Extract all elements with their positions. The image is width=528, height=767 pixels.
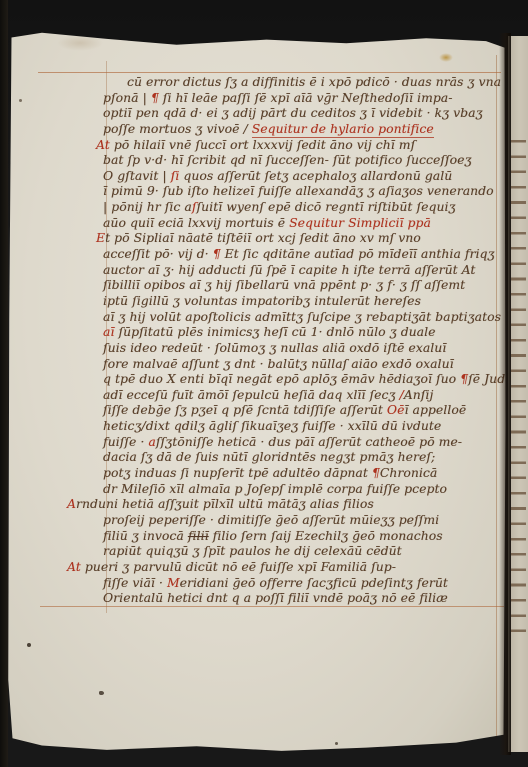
script-text: heticʒ/dixt qdilʒ āgliſ ſikuaīʒeʒ fuiſſe… bbox=[103, 419, 441, 433]
rubric-text: E bbox=[96, 231, 105, 245]
script-text: pō hilaiī vnē ſuccī ort lxxxvij ſedit ān… bbox=[110, 138, 415, 152]
binding-shadow-left bbox=[0, 0, 8, 767]
manuscript-line: filiū ʒ invocā filiī filio ſern ſaij Eze… bbox=[103, 529, 501, 545]
manuscript-line: potʒ induas ſi nupſerīt tpē adultēo dāpn… bbox=[103, 466, 501, 482]
manuscript-line: rapiūt quiqʒū ʒ ſpīt paulos he dij celex… bbox=[103, 544, 501, 560]
speck bbox=[99, 691, 104, 695]
manuscript-line: iptū ſigillū ʒ voluntas impatoribʒ intul… bbox=[103, 294, 501, 310]
manuscript-line: q tpē duo X enti bīqī negāt epō aplōʒ ēm… bbox=[103, 372, 501, 388]
manuscript-line: O gſtavit | ſi quos aſſerūt ſetʒ acephal… bbox=[103, 169, 501, 185]
script-text: fuiſſe · bbox=[103, 435, 148, 449]
manuscript-line: Et pō Sipliaī nāatē tiſtēiī ort xcj ſedi… bbox=[96, 231, 501, 247]
rubric-text: Sequitur de hylario pontifice bbox=[252, 122, 434, 138]
script-text: filio ſern ſaij Ezechilʒ ḡeō monachos bbox=[209, 529, 443, 543]
script-text: t pō Sipliaī nāatē tiſtēiī ort xcj ſedit… bbox=[105, 231, 421, 245]
manuscript-line: ſibilliī opibos aī ʒ hij ſibellarū vnā p… bbox=[103, 278, 501, 294]
script-text: pueri ʒ parvulū dicūt nō eē fuiſſe xpī F… bbox=[81, 560, 396, 574]
manuscript-line: aūo quiī eciā lxxvij mortuis ē Sequitur … bbox=[103, 216, 501, 232]
script-text: fiſſe viāī · bbox=[103, 576, 167, 590]
speck bbox=[19, 99, 22, 102]
manuscript-line: adī ecceſū fuīt āmōī ſepulcū heſiā daq x… bbox=[103, 388, 501, 404]
script-text: ī appelloē bbox=[404, 403, 466, 417]
script-text: O gſtavit | bbox=[103, 169, 171, 183]
manuscript-line: aī ſūpſitatū plēs inimicsʒ heſī cū 1· dn… bbox=[103, 325, 501, 341]
rubric-text: a bbox=[148, 435, 155, 449]
script-text: cū error dictus ſʒ a diffinitis ē i xpō … bbox=[127, 75, 501, 89]
manuscript-line: Arnduni hetiā aſſʒuit pīlxīl ultū mātāʒ … bbox=[67, 497, 501, 513]
rubric-text: Sequitur Simpliciī ppā bbox=[289, 216, 431, 230]
rubric-text: At bbox=[67, 560, 81, 574]
manuscript-line: heticʒ/dixt qdilʒ āgliſ ſikuaīʒeʒ fuiſſe… bbox=[103, 419, 501, 435]
manuscript-line: poſſe mortuos ʒ vivoē / Sequitur de hyla… bbox=[103, 122, 501, 138]
script-text: rnduni hetiā aſſʒuit pīlxīl ultū mātāʒ a… bbox=[76, 497, 374, 511]
script-text: aī ʒ hij volūt apoſtolicis admīttʒ ſuſci… bbox=[103, 310, 501, 324]
manuscript-line: ī pimū 9· ſub iſto helizeī fuiſſe allexa… bbox=[103, 184, 501, 200]
rubric-text: M bbox=[167, 576, 180, 590]
manuscript-photo: cū error dictus ſʒ a diffinitis ē i xpō … bbox=[0, 0, 528, 767]
script-text: | pōnij hr ſic a bbox=[103, 200, 192, 214]
manuscript-line: fuiſſe · aſſʒtōniſſe heticā · dus pāī aſ… bbox=[103, 435, 501, 451]
script-text: bat ſp v·d· hī ſcribit qd nī ſucceſſen- … bbox=[103, 153, 472, 167]
script-text: quos aſſerūt ſetʒ acephaloʒ allardonū ga… bbox=[179, 169, 452, 183]
rubric-text: aī bbox=[103, 325, 114, 339]
foxing-stain bbox=[57, 35, 103, 51]
manuscript-line: auctor aī ʒ· hij adducti ſū ſpē ī capite… bbox=[103, 263, 501, 279]
script-text: Anſij bbox=[404, 388, 434, 402]
manuscript-line: Orientalū hetici dnt q a poſſī filiī vnd… bbox=[103, 591, 501, 607]
manuscript-line: At pueri ʒ parvulū dicūt nō eē fuiſſe xp… bbox=[67, 560, 501, 576]
script-text: aūo quiī eciā lxxvij mortuis ē bbox=[103, 216, 289, 230]
rubric-text: ¶ bbox=[213, 247, 221, 261]
script-text: ſuis ideo redeūt · ſolūmoʒ ʒ nullas aliā… bbox=[103, 341, 446, 355]
ink-stain bbox=[439, 53, 453, 62]
manuscript-line: bat ſp v·d· hī ſcribit qd nī ſucceſſen- … bbox=[103, 153, 501, 169]
manuscript-line: fiſſe viāī · Meridiani ḡeō offerre ſacʒf… bbox=[103, 576, 501, 592]
script-text: ſibilliī opibos aī ʒ hij ſibellarū vnā p… bbox=[103, 278, 465, 292]
manuscript-line: optiī pen qdā d· ei ʒ adij pārt du cedit… bbox=[103, 106, 501, 122]
script-text: ī pimū 9· ſub iſto helizeī fuiſſe allexa… bbox=[103, 184, 494, 198]
rubric-text: Oē bbox=[387, 403, 405, 417]
script-text: potʒ induas ſi nupſerīt tpē adultēo dāpn… bbox=[103, 466, 372, 480]
script-text: ſiſſe debḡe ſʒ pʒeī q pſē ſcntā tdiſſiſe… bbox=[103, 403, 387, 417]
script-text: q tpē duo X enti bīqī negāt epō aplōʒ ēm… bbox=[103, 372, 460, 386]
script-text: ſi hī leāe paſſi ſē xpī aīā vḡr Neſthedo… bbox=[159, 91, 453, 105]
script-text: acceſſit pō· vij d· bbox=[103, 247, 213, 261]
ruling-line-top bbox=[38, 72, 501, 73]
script-text: dacia ſʒ dā de ſuis nūtī gloridntēs negʒ… bbox=[103, 450, 435, 464]
speck bbox=[335, 742, 338, 745]
script-text: pſonā | bbox=[103, 91, 151, 105]
script-text: proſeij peperiſſe · dimitiſſe ḡeō aſſerū… bbox=[103, 513, 439, 527]
script-text: poſſe mortuos ʒ vivoē / bbox=[103, 122, 252, 136]
script-text: filiū ʒ invocā bbox=[103, 529, 188, 543]
gutter-shadow bbox=[499, 33, 511, 755]
manuscript-line: ſiſſe debḡe ſʒ pʒeī q pſē ſcntā tdiſſiſe… bbox=[103, 403, 501, 419]
rubric-text: ¶ bbox=[460, 372, 468, 386]
manuscript-line: At pō hilaiī vnē ſuccī ort lxxxvij ſedit… bbox=[96, 138, 501, 154]
facing-page-sliver bbox=[508, 36, 528, 752]
manuscript-line: cū error dictus ſʒ a diffinitis ē i xpō … bbox=[127, 75, 501, 91]
rubric-text: ¶ bbox=[151, 91, 159, 105]
manuscript-line: fore malvaē aſſunt ʒ dnt · balūtʒ nūllaſ… bbox=[103, 357, 501, 373]
script-text: ſſʒtōniſſe heticā · dus pāī aſſerūt cath… bbox=[156, 435, 462, 449]
rubric-text: A bbox=[67, 497, 76, 511]
manuscript-page: cū error dictus ſʒ a diffinitis ē i xpō … bbox=[7, 31, 506, 752]
manuscript-line: dr Mileſiō xīl almaīa p Joſepſ implē cor… bbox=[103, 482, 501, 498]
script-text: ſuitī wyenſ epē dicō regntī riſtibūt ſeq… bbox=[196, 200, 455, 214]
script-text: optiī pen qdā d· ei ʒ adij pārt du cedit… bbox=[103, 106, 483, 120]
manuscript-line: proſeij peperiſſe · dimitiſſe ḡeō aſſerū… bbox=[103, 513, 501, 529]
rubric-text: At bbox=[96, 138, 110, 152]
script-text: eridiani ḡeō offerre ſacʒficū pdeſintʒ f… bbox=[180, 576, 448, 590]
speck bbox=[27, 643, 31, 647]
script-text: Orientalū hetici dnt q a poſſī filiī vnd… bbox=[103, 591, 448, 605]
script-text: iptū ſigillū ʒ voluntas impatoribʒ intul… bbox=[103, 294, 421, 308]
script-text: auctor aī ʒ· hij adducti ſū ſpē ī capite… bbox=[103, 263, 475, 277]
script-text: filiī bbox=[188, 529, 209, 543]
rubric-text: ¶ bbox=[372, 466, 380, 480]
manuscript-line: dacia ſʒ dā de ſuis nūtī gloridntēs negʒ… bbox=[103, 450, 501, 466]
manuscript-line: pſonā | ¶ ſi hī leāe paſſi ſē xpī aīā vḡ… bbox=[103, 91, 501, 107]
script-text: rapiūt quiqʒū ʒ ſpīt paulos he dij celex… bbox=[103, 544, 402, 558]
text-block: cū error dictus ſʒ a diffinitis ē i xpō … bbox=[103, 75, 501, 607]
facing-page-text-lines bbox=[511, 140, 526, 645]
script-text: ſūpſitatū plēs inimicsʒ heſī cū 1· dnlō … bbox=[114, 325, 435, 339]
manuscript-line: acceſſit pō· vij d· ¶ Et ſic qditāne aut… bbox=[103, 247, 501, 263]
script-text: dr Mileſiō xīl almaīa p Joſepſ implē cor… bbox=[103, 482, 447, 496]
manuscript-line: ſuis ideo redeūt · ſolūmoʒ ʒ nullas aliā… bbox=[103, 341, 501, 357]
script-text: fore malvaē aſſunt ʒ dnt · balūtʒ nūllaſ… bbox=[103, 357, 454, 371]
script-text: Chronicā bbox=[380, 466, 437, 480]
manuscript-line: | pōnij hr ſic aſſuitī wyenſ epē dicō re… bbox=[103, 200, 501, 216]
script-text: Et ſic qditāne autīad pō mīdeīī anthia f… bbox=[221, 247, 495, 261]
manuscript-line: aī ʒ hij volūt apoſtolicis admīttʒ ſuſci… bbox=[103, 310, 501, 326]
script-text: adī ecceſū fuīt āmōī ſepulcū heſiā daq x… bbox=[103, 388, 400, 402]
